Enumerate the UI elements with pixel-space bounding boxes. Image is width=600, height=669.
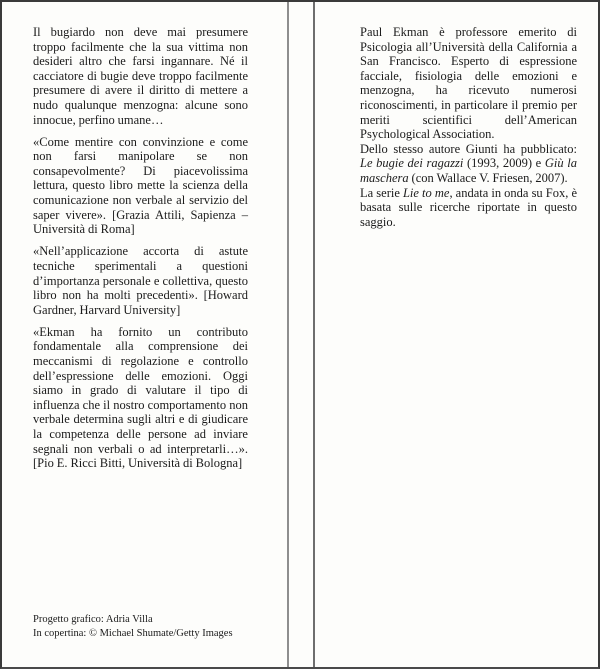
book-flap-scan: Il bugiardo non deve mai presumere tropp… xyxy=(0,0,600,669)
intro-paragraph: Il bugiardo non deve mai presumere tropp… xyxy=(33,25,248,127)
text-segment: La serie xyxy=(360,186,403,200)
book-title-text: Lie to me xyxy=(403,186,449,200)
quote-ricci-bitti-paragraph: «Ekman ha fornito un contributo fondamen… xyxy=(33,325,248,471)
publications-paragraph: Dello stesso autore Giunti ha pubblicato… xyxy=(360,142,577,186)
quote-gardner-paragraph: «Nell’applicazione accorta di astute tec… xyxy=(33,244,248,317)
right-flap-panel: Paul Ekman è professore emerito di Psico… xyxy=(313,2,598,667)
book-title-text: Le bugie dei ragazzi xyxy=(360,156,463,170)
cover-credit: In copertina: © Michael Shumate/Getty Im… xyxy=(33,627,233,641)
author-bio-paragraph: Paul Ekman è professore emerito di Psico… xyxy=(360,25,577,142)
left-flap-text: Il bugiardo non deve mai presumere tropp… xyxy=(33,25,248,471)
text-segment: Paul Ekman è professore emerito di Psico… xyxy=(360,25,577,141)
text-segment: (con Wallace V. Friesen, 2007). xyxy=(409,171,568,185)
text-segment: Dello stesso autore Giunti ha pubblicato… xyxy=(360,142,577,156)
quote-attili-paragraph: «Come mentire con convinzione e come non… xyxy=(33,135,248,237)
design-credit: Progetto grafico: Adria Villa xyxy=(33,613,233,627)
tv-series-paragraph: La serie Lie to me, andata in onda su Fo… xyxy=(360,186,577,230)
text-segment: (1993, 2009) e xyxy=(463,156,545,170)
left-flap-panel: Il bugiardo non deve mai presumere tropp… xyxy=(2,2,289,667)
credits-block: Progetto grafico: Adria Villa In coperti… xyxy=(33,613,233,640)
